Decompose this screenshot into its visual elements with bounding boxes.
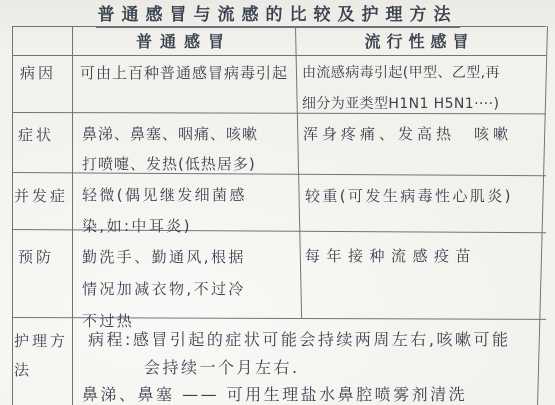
cell-care-line2: 会持续一个月左右. [144, 355, 524, 381]
cell-cause-common: 可由上百种普通感冒病毒引起 [80, 58, 294, 88]
cell-care-line1: 病程:感冒引起的症状可能会持续两周左右,咳嗽可能 [88, 327, 544, 353]
row-label-care: 护理方 法 [14, 327, 72, 385]
cell-symptoms-flu: 浑身疼痛、发高热 咳嗽 [303, 119, 543, 149]
page-title: 普通感冒与流感的比较及护理方法 [0, 0, 555, 28]
column-header-influenza: 流行性感冒 [297, 29, 542, 55]
row-label-complications: 并发症 [14, 182, 74, 211]
cell-symptoms-common: 鼻涕、鼻塞、咽痛、咳嗽 打喷嚏、发热(低热居多) [82, 119, 294, 179]
cell-cause-flu: 由流感病毒引起(甲型、乙型,再 细分为亚类型H1N1 H5N1····) [302, 58, 544, 120]
cell-care-line3: 鼻涕、鼻塞 —— 可用生理盐水鼻腔喷雾剂清洗 [82, 382, 544, 405]
row-label-prevention: 预防 [18, 243, 68, 272]
handwritten-note-page: 普通感冒与流感的比较及护理方法 普通感冒 流行性感冒 病因 可由上百种普通感冒病… [0, 0, 555, 405]
column-header-common-cold: 普通感冒 [74, 29, 294, 55]
page-title-text: 普通感冒与流感的比较及护理方法 [96, 0, 460, 28]
row-label-symptoms: 症状 [18, 121, 68, 150]
column-divider-labels [72, 26, 73, 405]
table-border-top [12, 26, 546, 27]
cell-complications-flu: 较重(可发生病毒性心肌炎) [305, 181, 545, 212]
row-divider-header [12, 55, 546, 56]
cell-prevention-flu: 每年接种流感疫苗 [305, 241, 543, 271]
cell-complications-common: 轻微(偶见继发细菌感 染,如:中耳炎) [82, 180, 294, 242]
row-label-cause: 病因 [20, 59, 70, 88]
cell-prevention-common: 勤洗手、勤通风,根据 情况加减衣物,不过冷 不过热 [82, 241, 296, 337]
